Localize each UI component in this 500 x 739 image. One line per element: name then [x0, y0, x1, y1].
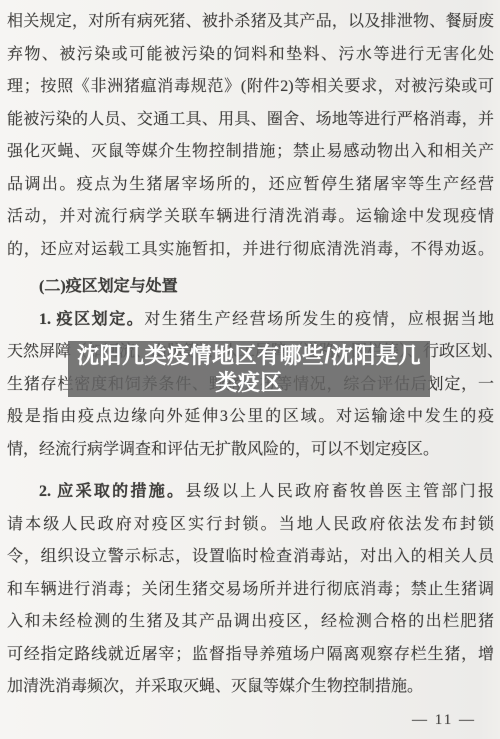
- text-line: 弃物、被污染或可能被污染的饲料和垫料、污水等进行无害化处: [7, 39, 494, 72]
- text-line: 能被污染的人员、交通工具、用具、圈舍、场地等进行严格消毒，并: [7, 104, 494, 137]
- text-line: 可经指定路线就近屠宰；监督指导养殖场户隔离观察存栏生猪，增: [7, 639, 494, 672]
- text-line: 强化灭蝇、灭鼠等媒介生物控制措施；禁止易感动物出入和相关产: [7, 136, 494, 169]
- text-line: 品调出。疫点为生猪屠宰场所的，还应暂停生猪屠宰等生产经营: [7, 169, 494, 202]
- text-line: 活动，并对流行病学关联车辆进行清洗消毒。运输途中发现疫情: [7, 201, 494, 234]
- text-line: 般是指由疫点边缘向外延伸3公里的区域。对运输途中发生的疫: [7, 401, 494, 434]
- text-line: 情，经流行病学调查和评估无扩散风险的，可以不划定疫区。: [7, 434, 494, 467]
- scanned-document-page: 相关规定，对所有病死猪、被扑杀猪及其产品，以及排泄物、餐厨废弃物、被污染或可能被…: [0, 0, 500, 739]
- text-line: 的，还应对运载工具实施暂扣，并进行彻底清洗消毒，不得劝返。: [7, 234, 494, 267]
- text-line: 2. 应采取的措施。县级以上人民政府畜牧兽医主管部门报: [7, 476, 494, 509]
- page-number: — 11 —: [7, 704, 494, 737]
- watermark-overlay: 沈阳几类疫情地区有哪些/沈阳是几 类疫区: [68, 341, 430, 397]
- text-line: 和车辆进行消毒；关闭生猪交易场所并进行彻底消毒；禁止生猪调: [7, 574, 494, 607]
- text-line: 理；按照《非洲猪瘟消毒规范》(附件2)等相关要求，对被污染或可: [7, 71, 494, 104]
- watermark-text-line-2: 类疫区: [215, 369, 283, 396]
- text-line: 请本级人民政府对疫区实行封锁。当地人民政府依法发布封锁: [7, 509, 494, 542]
- text-line: 入和未经检测的生猪及其产品调出疫区，经检测合格的出栏肥猪: [7, 606, 494, 639]
- text-line: 令，组织设立警示标志，设置临时检查消毒站，对出入的相关人员: [7, 541, 494, 574]
- text-line: 加清洗消毒频次，并采取灭蝇、灭鼠等媒介生物控制措施。: [7, 671, 494, 704]
- text-line: (二)疫区划定与处置: [7, 271, 494, 304]
- text-line: 相关规定，对所有病死猪、被扑杀猪及其产品，以及排泄物、餐厨废: [7, 6, 494, 39]
- text-line: 1. 疫区划定。对生猪生产经营场所发生的疫情，应根据当地: [7, 304, 494, 337]
- watermark-text-line-1: 沈阳几类疫情地区有哪些/沈阳是几: [77, 342, 421, 369]
